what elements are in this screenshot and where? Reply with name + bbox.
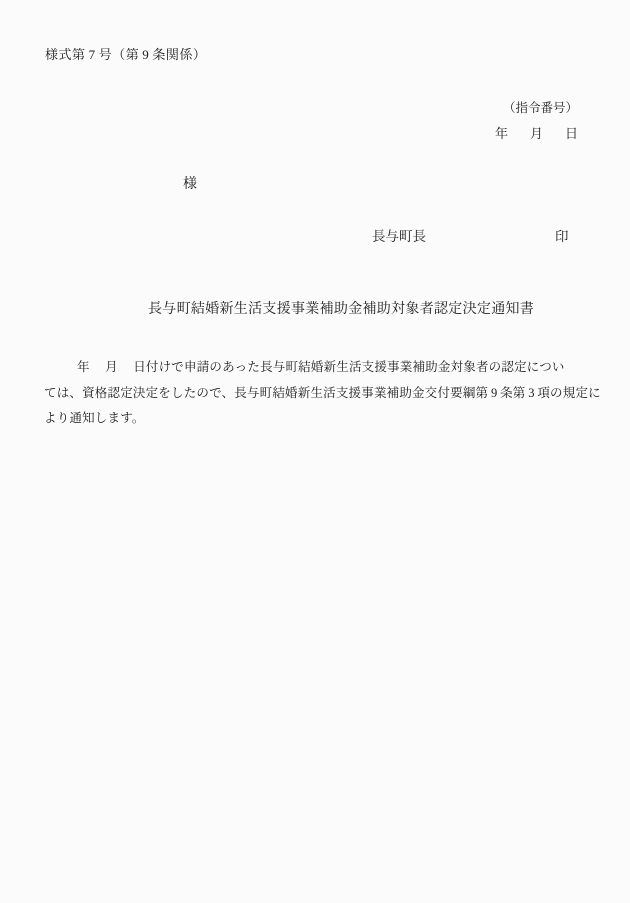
date-line: 年 月 日	[495, 126, 578, 142]
document-title: 長与町結婚新生活支援事業補助金補助対象者認定決定通知書	[148, 301, 534, 319]
body-line-3: より通知します。	[44, 406, 600, 432]
addressee-honorific: 様	[183, 176, 197, 193]
sender-line: 長与町長 印	[0, 228, 630, 245]
body-line-1: 年 月 日付けで申請のあった長与町結婚新生活支援事業補助金対象者の認定につい	[44, 355, 600, 381]
document-page: 様式第 7 号（第 9 条関係） （指令番号） 年 月 日 様 長与町長 印 長…	[0, 0, 630, 903]
form-number: 様式第 7 号（第 9 条関係）	[45, 47, 206, 63]
body-line-2: ては、資格認定決定をしたので、長与町結婚新生活支援事業補助金交付要綱第 9 条第…	[44, 381, 600, 407]
date-month-label: 月	[530, 126, 543, 142]
date-day-label: 日	[565, 126, 578, 142]
body-paragraph: 年 月 日付けで申請のあった長与町結婚新生活支援事業補助金対象者の認定につい て…	[44, 355, 600, 432]
date-year-label: 年	[495, 126, 508, 142]
directive-number-label: （指令番号）	[503, 101, 578, 116]
seal-placeholder: 印	[555, 228, 569, 245]
sender-title: 長与町長	[372, 228, 426, 245]
